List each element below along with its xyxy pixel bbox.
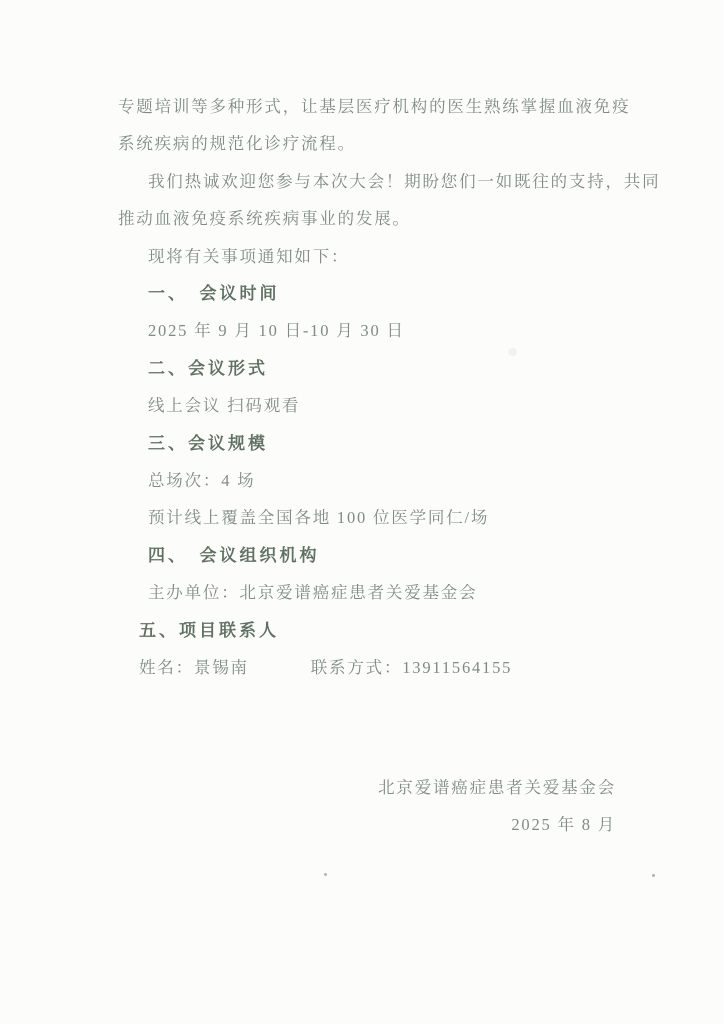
section-heading-5: 五、项目联系人 — [118, 612, 638, 649]
paragraph-line: 我们热诚欢迎您参与本次大会！期盼您们一如既往的支持，共同 — [118, 163, 638, 200]
scanned-document-page: 专题培训等多种形式，让基层医疗机构的医生熟练掌握血液免疫 系统疾病的规范化诊疗流… — [0, 0, 724, 1024]
section-heading-2: 二、会议形式 — [118, 350, 638, 387]
paragraph-line: 推动血液免疫系统疾病事业的发展。 — [118, 200, 638, 237]
paragraph-line: 现将有关事项通知如下： — [118, 238, 638, 275]
contact-line: 姓名：景锡南 联系方式：13911564155 — [118, 649, 638, 686]
contact-name: 姓名：景锡南 — [139, 658, 249, 677]
scan-dot-artifact — [652, 874, 655, 877]
organizer-line: 主办单位：北京爱谱癌症患者关爱基金会 — [118, 574, 638, 611]
section-heading-4: 四、 会议组织机构 — [118, 537, 638, 574]
section-heading-3: 三、会议规模 — [118, 425, 638, 462]
scan-dot-artifact — [324, 873, 327, 876]
paragraph-line: 专题培训等多种形式，让基层医疗机构的医生熟练掌握血液免疫 — [118, 88, 638, 125]
paragraph-line: 系统疾病的规范化诊疗流程。 — [118, 125, 638, 162]
document-body: 专题培训等多种形式，让基层医疗机构的医生熟练掌握血液免疫 系统疾病的规范化诊疗流… — [118, 88, 638, 687]
scan-smudge-artifact — [508, 348, 517, 356]
meeting-time-line: 2025 年 9 月 10 日-10 月 30 日 — [118, 312, 638, 349]
session-count-line: 总场次：4 场 — [118, 462, 638, 499]
coverage-line: 预计线上覆盖全国各地 100 位医学同仁/场 — [118, 499, 638, 536]
signature-org: 北京爱谱癌症患者关爱基金会 — [118, 769, 616, 806]
section-heading-1: 一、 会议时间 — [118, 275, 638, 312]
signature-date: 2025 年 8 月 — [118, 806, 616, 843]
signature-block: 北京爱谱癌症患者关爱基金会 2025 年 8 月 — [118, 769, 616, 844]
contact-phone: 联系方式：13911564155 — [311, 658, 512, 677]
meeting-format-line: 线上会议 扫码观看 — [118, 387, 638, 424]
